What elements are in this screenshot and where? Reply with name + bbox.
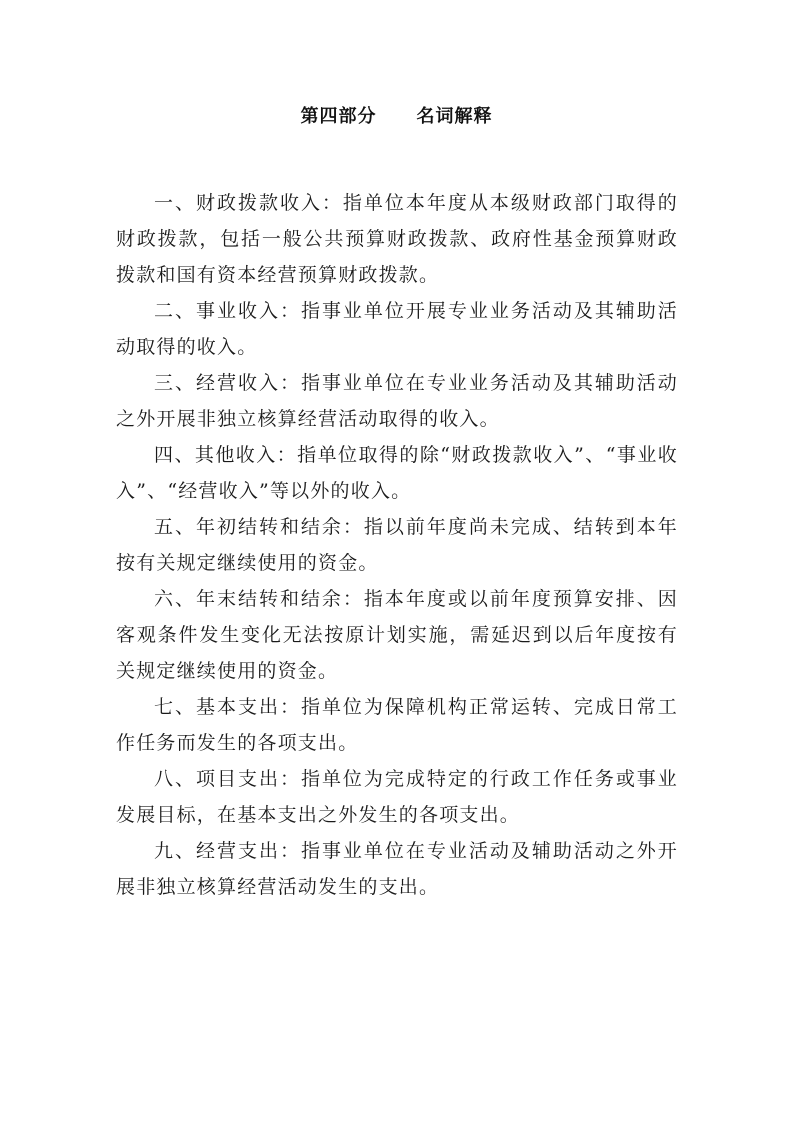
term-label: 三、经营收入： [154,372,301,394]
term-label: 九、经营支出： [154,840,301,862]
term-label: 一、财政拨款收入： [154,192,343,214]
glossary-item-operating-revenue: 三、经营收入：指事业单位在专业业务活动及其辅助活动之外开展非独立核算经营活动取得… [116,365,678,437]
glossary-item-other-revenue: 四、其他收入：指单位取得的除“财政拨款收入”、“事业收入”、“经营收入”等以外的… [116,437,678,509]
title-name: 名词解释 [417,106,493,127]
term-label: 五、年初结转和结余： [154,516,364,538]
term-label: 八、项目支出： [154,768,301,790]
glossary-item-operating-expenditure: 九、经营支出：指事业单位在专业活动及辅助活动之外开展非独立核算经营活动发生的支出… [116,833,678,905]
document-page: 第四部分名词解释 一、财政拨款收入：指单位本年度从本级财政部门取得的财政拨款，包… [0,0,793,1122]
glossary-item-project-expenditure: 八、项目支出：指单位为完成特定的行政工作任务或事业发展目标，在基本支出之外发生的… [116,761,678,833]
page-title: 第四部分名词解释 [0,103,793,131]
glossary-item-closing-carryover: 六、年末结转和结余：指本年度或以前年度预算安排、因客观条件发生变化无法按原计划实… [116,581,678,689]
title-part: 第四部分 [301,106,377,127]
glossary-item-basic-expenditure: 七、基本支出：指单位为保障机构正常运转、完成日常工作任务而发生的各项支出。 [116,689,678,761]
glossary-item-business-revenue: 二、事业收入：指事业单位开展专业业务活动及其辅助活动取得的收入。 [116,293,678,365]
glossary-item-fiscal-appropriation-revenue: 一、财政拨款收入：指单位本年度从本级财政部门取得的财政拨款，包括一般公共预算财政… [116,185,678,293]
glossary-item-opening-carryover: 五、年初结转和结余：指以前年度尚未完成、结转到本年按有关规定继续使用的资金。 [116,509,678,581]
term-label: 四、其他收入： [154,444,297,466]
term-label: 二、事业收入： [154,300,301,322]
term-label: 七、基本支出： [154,696,301,718]
glossary-body: 一、财政拨款收入：指单位本年度从本级财政部门取得的财政拨款，包括一般公共预算财政… [116,185,678,905]
term-label: 六、年末结转和结余： [154,588,364,610]
